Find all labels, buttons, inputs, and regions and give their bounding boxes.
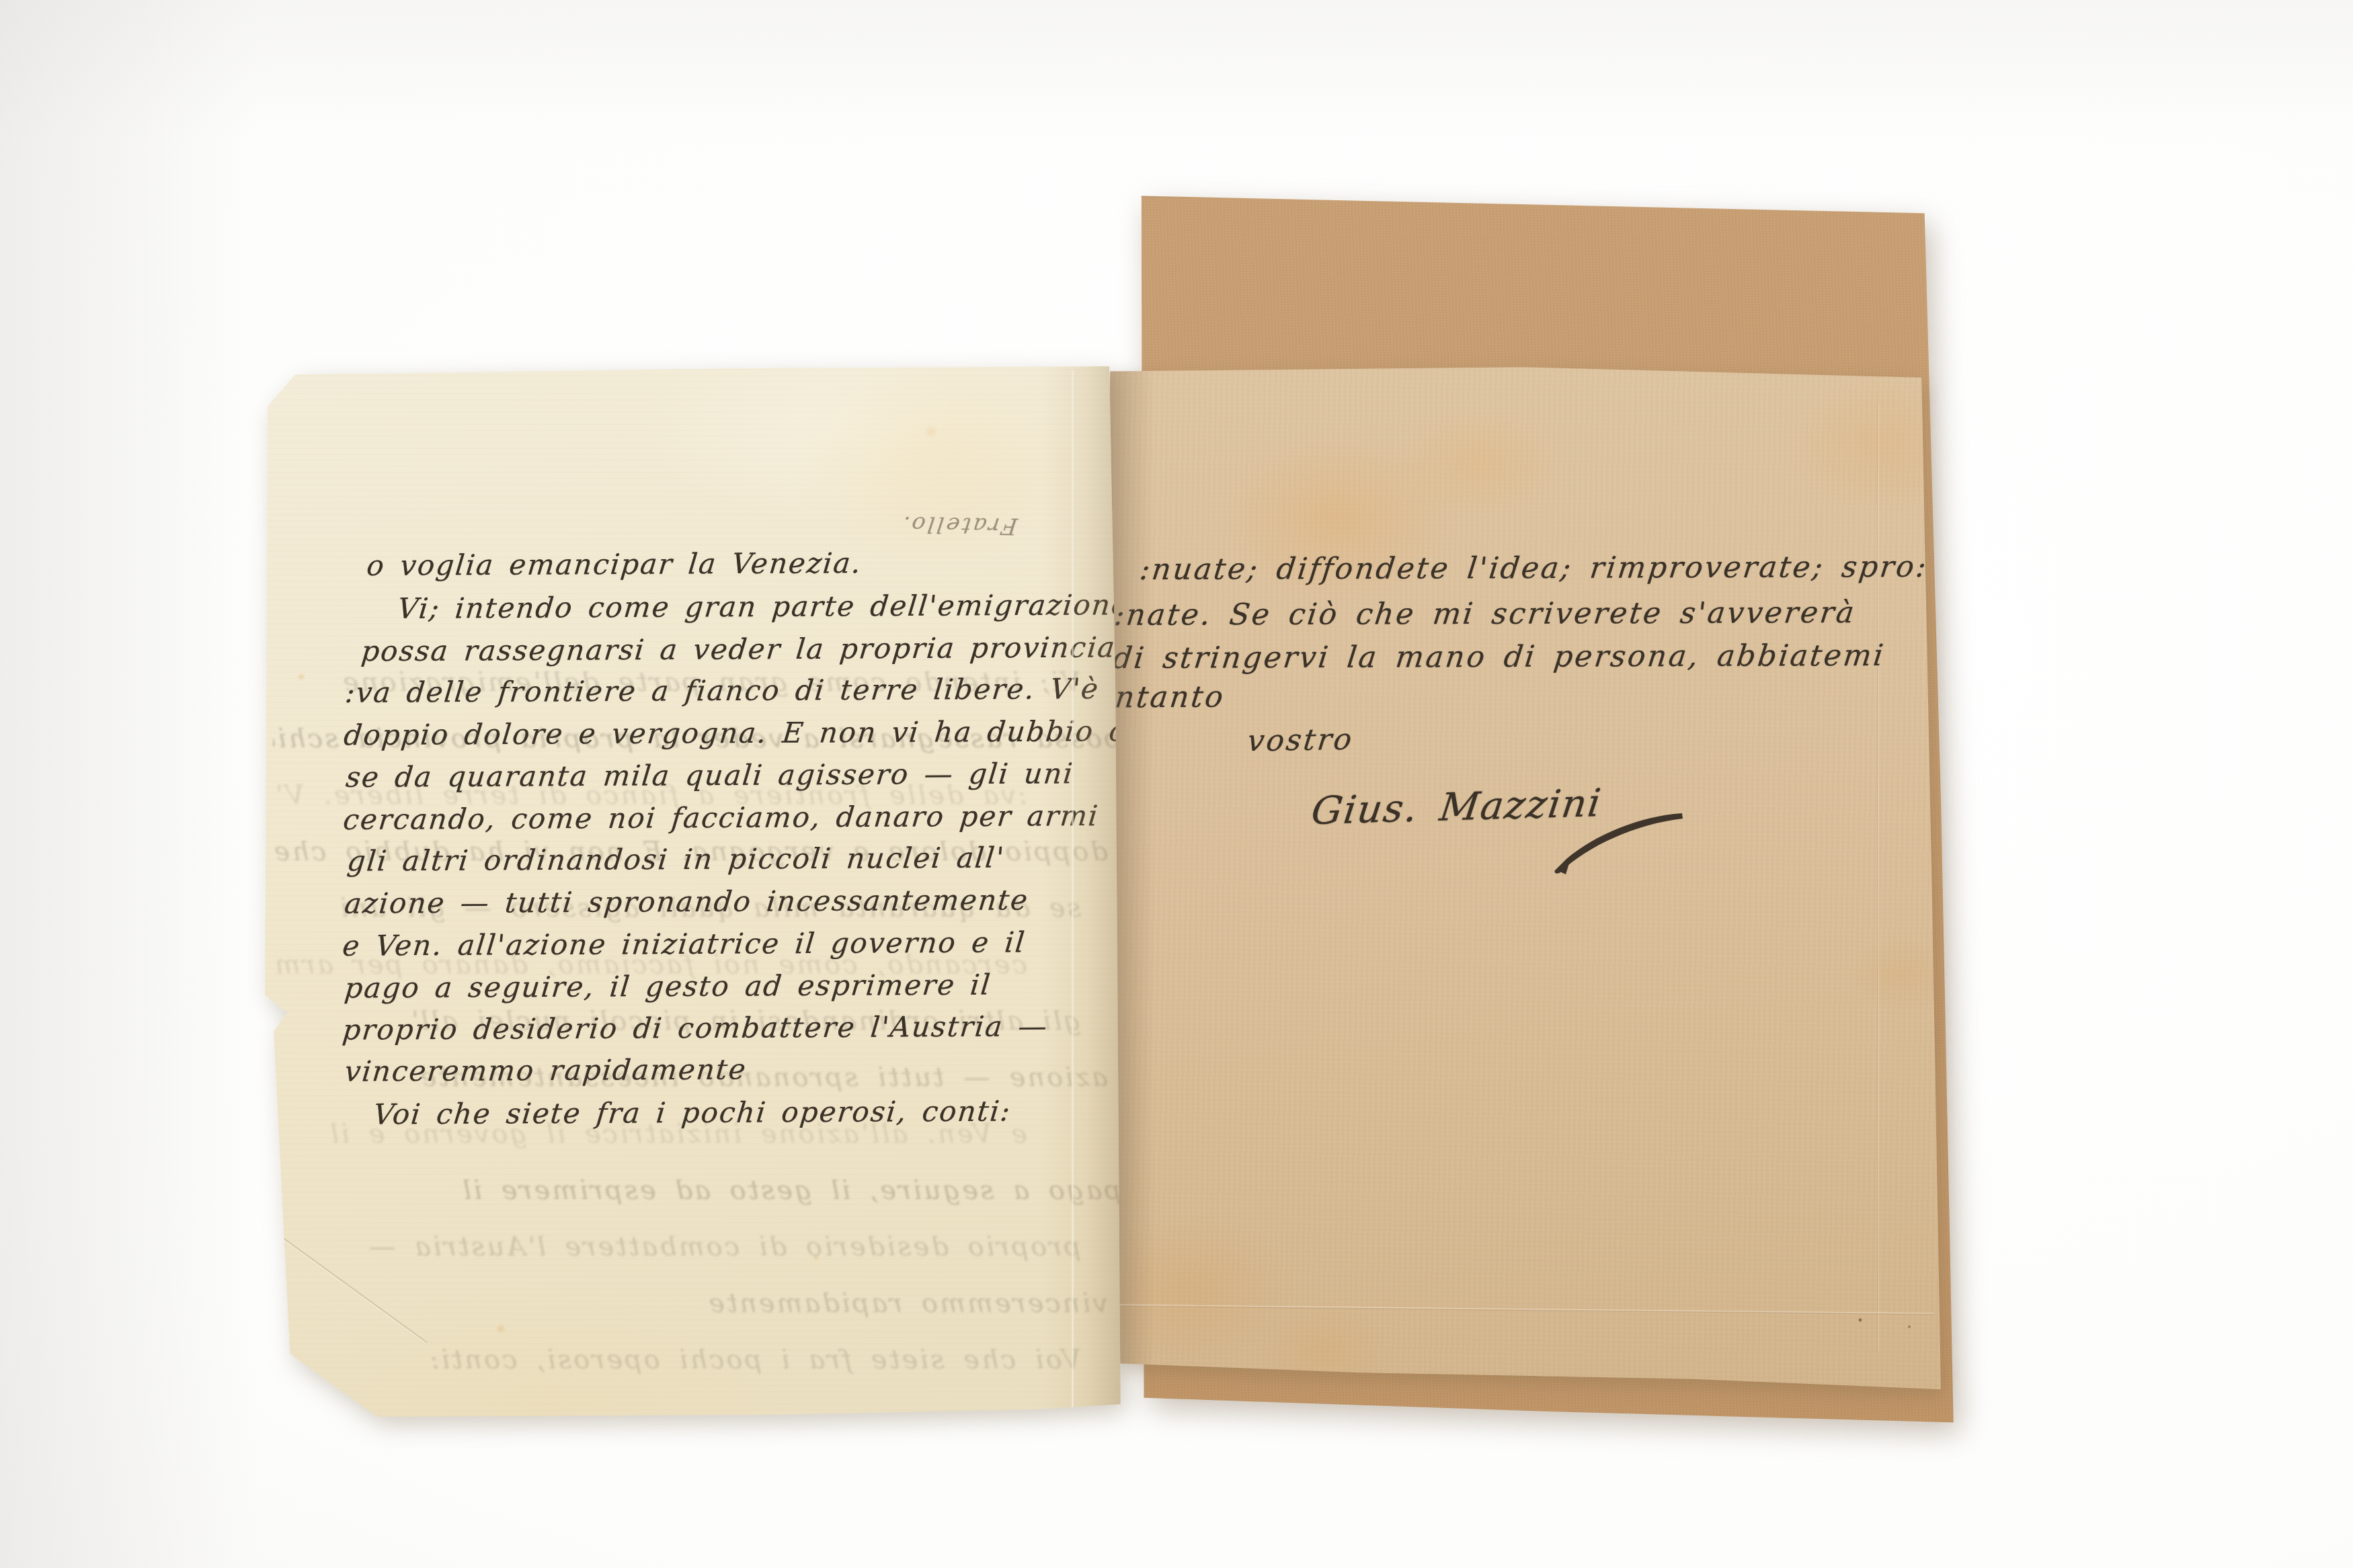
left-page: Vi; intendo come gran parte dell'emigraz…: [261, 366, 1121, 1417]
manuscript-line: gli altri ordinandosi in piccoli nuclei …: [346, 841, 1006, 877]
left-page-wrap: Vi; intendo come gran parte dell'emigraz…: [261, 366, 1121, 1417]
bleedthrough-line: pago a seguire, il gesto ad esprimere il: [273, 1162, 1121, 1219]
manuscript-line: se da quaranta mila quali agissero — gli…: [344, 757, 1075, 794]
right-page-wrap: :nuate; diffondete l'idea; rimproverate;…: [1103, 363, 1944, 1411]
signature-flourish: [1540, 808, 1687, 883]
bleedthrough-line: proprio desiderio di combattere l'Austri…: [273, 1219, 1081, 1275]
vertical-fold-crease: [1877, 403, 1879, 1351]
valediction: vostro: [1246, 723, 1356, 759]
manuscript-line: e Ven. all'azione iniziatrice il governo…: [341, 925, 1027, 962]
manuscript-line: cercando, come noi facciamo, danaro per …: [342, 799, 1101, 836]
manuscript-line: vinceremmo rapidamente: [343, 1053, 748, 1087]
kraft-top-edge: [1135, 192, 1962, 199]
manuscript-line: Voi che siete fra i pochi operosi, conti…: [372, 1095, 1012, 1131]
right-page: :nuate; diffondete l'idea; rimproverate;…: [1103, 363, 1944, 1411]
manuscript-photograph: :nuate; diffondete l'idea; rimproverate;…: [0, 0, 2353, 1568]
corner-crease: [279, 1235, 428, 1343]
bleedthrough-line: Voi che siete fra i pochi operosi, conti…: [273, 1331, 1081, 1388]
manuscript-line: Vi; intendo come gran parte dell'emigraz…: [396, 588, 1131, 625]
manuscript-line: o voglia emancipar la Venezia.: [365, 546, 863, 582]
manuscript-line: pago a seguire, il gesto ad esprimere il: [343, 968, 993, 1004]
spine-fold-shading: [1041, 366, 1121, 1417]
manuscript-line: :nuate; diffondete l'idea; rimproverate;…: [1138, 550, 1930, 587]
manuscript-line: :nate. Se ciò che mi scriverete s'avvere…: [1113, 595, 1858, 632]
manuscript-line: :va delle frontiere a fianco di terre li…: [344, 672, 1101, 709]
manuscript-line: azione — tutti spronando incessantemente: [343, 883, 1030, 919]
manuscript-line: proprio desiderio di combattere l'Austri…: [341, 1009, 1049, 1046]
horizontal-fold-crease: [1112, 1305, 1933, 1315]
manuscript-line: di stringervi la mano di persona, abbiat…: [1111, 638, 1887, 675]
bleedthrough-line: vinceremmo rapidamente: [273, 1275, 1108, 1331]
upside-down-inscription: Fratello.: [900, 511, 1019, 540]
